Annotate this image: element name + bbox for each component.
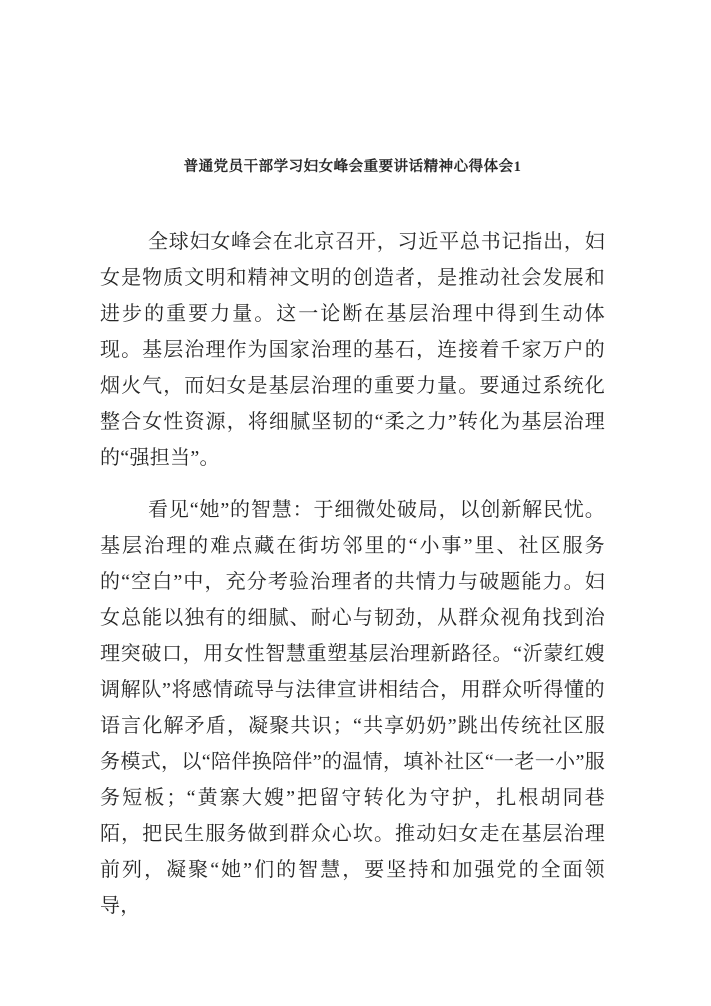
paragraph-body: 看见“她”的智慧：于细微处破局，以创新解民忧。基层治理的难点藏在街坊邻里的“小事… — [100, 492, 605, 924]
document-title: 普通党员干部学习妇女峰会重要讲话精神心得体会1 — [100, 156, 605, 178]
document-page: 普通党员干部学习妇女峰会重要讲话精神心得体会1 全球妇女峰会在北京召开，习近平总… — [0, 0, 711, 1006]
paragraph-intro: 全球妇女峰会在北京召开，习近平总书记指出，妇女是物质文明和精神文明的创造者，是推… — [100, 224, 605, 476]
